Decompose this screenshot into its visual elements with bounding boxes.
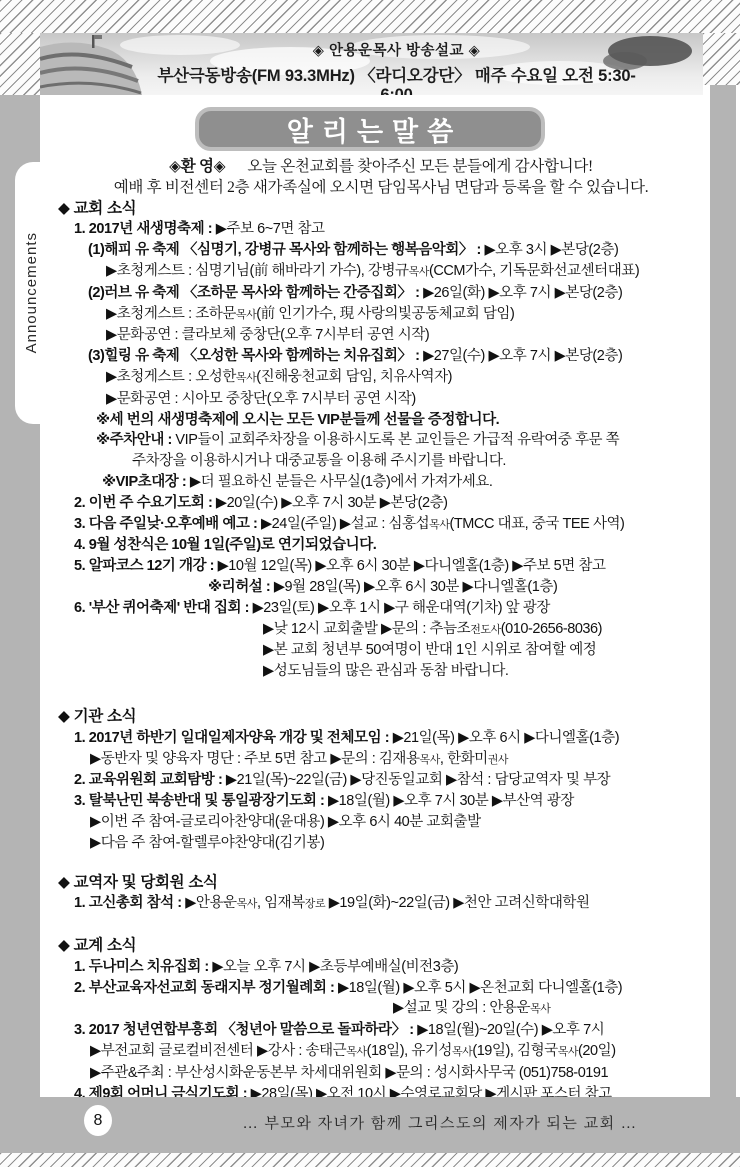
header-sky-photo: ◈ 안용운목사 방송설교 ◈ 부산극동방송(FM 93.3MHz) 〈라디오강단…	[40, 33, 703, 95]
announcement-line: 3. 2017 청년연합부흥회 〈청년아 말씀으로 돌파하라〉 : ▶18일(월…	[58, 1020, 704, 1041]
announcement-text: ▶더 필요하신 분들은 사무실(1층)에서 가져가세요.	[190, 474, 493, 490]
announcement-text: ▶21일(목) ▶오후 6시 ▶다니엘홀(1층)	[393, 730, 619, 746]
footer-band: 8 … 부모와 자녀가 함께 그리스도의 제자가 되는 교회 …	[0, 1097, 740, 1153]
section-heading: ◆ 교회 소식	[58, 199, 704, 220]
announcement-text: 목사	[237, 898, 257, 910]
announcement-text: ▶10월 12일(목) ▶오후 6시 30분 ▶다니엘홀(1층) ▶주보 5면 …	[218, 558, 606, 574]
announcement-text: 전도사	[470, 624, 501, 636]
announcement-text: ▶18일(월) ▶오후 7시 30분 ▶부산역 광장	[328, 793, 574, 809]
announcement-text: ▶문화공연 : 클라보체 중창단(오후 7시부터 공연 시작)	[106, 327, 429, 343]
announcement-line: ▶본 교회 청년부 50여명이 반대 1인 시위로 참여할 예정	[58, 640, 704, 661]
announcement-line: 1. 두나미스 치유집회 : ▶오늘 오후 7시 ▶초등부예배실(비전3층)	[58, 957, 704, 978]
announcement-text: ▶9월 28일(목) ▶오후 6시 30분 ▶다니엘홀(1층)	[274, 579, 558, 595]
announcement-text: ▶19일(화)~22일(금) ▶천안 고려신학대학원	[325, 895, 589, 911]
bulletin-page: ◈ 안용운목사 방송설교 ◈ 부산극동방송(FM 93.3MHz) 〈라디오강단…	[0, 0, 740, 1167]
announcement-text: ▶24일(주일) ▶설교 : 심홍섭	[261, 516, 429, 532]
announcement-line: (3)힐링 유 축제 〈오성한 목사와 함께하는 치유집회〉 : ▶27일(수)…	[58, 346, 704, 367]
announcement-line: (1)해피 유 축제 〈심명기, 강병규 목사와 함께하는 행복음악회〉 : ▶…	[58, 240, 704, 261]
announcement-text: ▶18일(월)~20일(수) ▶오후 7시	[417, 1022, 604, 1038]
announcement-line: 2. 교육위원회 교회탐방 : ▶21일(목)~22일(금) ▶당진동일교회 ▶…	[58, 770, 704, 791]
announcement-text: ※VIP초대장 :	[102, 474, 190, 490]
announcement-text: ▶18일(월) ▶오후 5시 ▶온천교회 다니엘홀(1층)	[338, 980, 622, 996]
announcement-text: ▶주관&주최 : 부산성시화운동본부 차세대위원회 ▶문의 : 성시화사무국 (…	[90, 1065, 608, 1081]
announcement-text: 목사	[236, 309, 256, 321]
announcement-text: 목사	[346, 1046, 366, 1058]
left-hatch-corner	[0, 33, 40, 95]
right-hatch-corner	[703, 33, 740, 85]
announcement-text: 1. 2017년 하반기 일대일제자양육 개강 및 전체모임 :	[74, 730, 393, 746]
announcement-line: ▶설교 및 강의 : 안용운목사	[58, 998, 704, 1020]
announcement-text: 3. 탈북난민 북송반대 및 통일광장기도회 :	[74, 793, 328, 809]
announcement-text: , 한화미	[440, 751, 488, 767]
announcement-text: (진해웅천교회 담임, 치유사역자)	[256, 369, 452, 385]
announcement-text: (TMCC 대표, 중국 TEE 사역)	[450, 516, 625, 532]
announcement-text: (18일), 유기성	[367, 1043, 452, 1059]
announcement-text: ▶23일(토) ▶오후 1시 ▶구 해운대역(기차) 앞 광장	[253, 600, 550, 616]
announcement-text: ▶설교 및 강의 : 안용운	[393, 1000, 530, 1016]
announcement-line: 3. 탈북난민 북송반대 및 통일광장기도회 : ▶18일(월) ▶오후 7시 …	[58, 791, 704, 812]
side-tab-label: Announcements	[23, 232, 40, 353]
announcement-line: ▶초청게스트 : 오성한목사(진해웅천교회 담임, 치유사역자)	[58, 367, 704, 389]
announcement-line: ※리허설 : ▶9월 28일(목) ▶오후 6시 30분 ▶다니엘홀(1층)	[58, 577, 704, 598]
section: ◆ 기관 소식1. 2017년 하반기 일대일제자양육 개강 및 전체모임 : …	[58, 707, 704, 854]
announcement-line: ▶주관&주최 : 부산성시화운동본부 차세대위원회 ▶문의 : 성시화사무국 (…	[58, 1063, 704, 1084]
announcement-text: ▶동반자 및 양육자 명단 : 주보 5면 참고 ▶문의 : 김재용	[90, 751, 420, 767]
announcement-text: ※세 번의 새생명축제에 오시는 모든 VIP분들께 선물을 증정합니다.	[96, 412, 499, 428]
announcement-text: ▶26일(화) ▶오후 7시 ▶본당(2층)	[423, 285, 622, 301]
announcement-text: ▶문화공연 : 시아모 중창단(오후 7시부터 공연 시작)	[106, 391, 416, 407]
announcements-side-tab: Announcements	[15, 162, 47, 424]
announcement-line: ▶다음 주 참여-할렐루야찬양대(김기봉)	[58, 833, 704, 854]
announcement-line: (2)러브 유 축제 〈조하문 목사와 함께하는 간증집회〉 : ▶26일(화)…	[58, 283, 704, 304]
announcement-text: , 임재복	[257, 895, 305, 911]
announcement-text: ▶20일(수) ▶오후 7시 30분 ▶본당(2층)	[216, 495, 448, 511]
announcement-line: 1. 고신총회 참석 : ▶안용운목사, 임재복장로 ▶19일(화)~22일(금…	[58, 893, 704, 915]
announcements-content: ◈환 영◈오늘 온천교회를 찾아주신 모든 분들에게 감사합니다! 예배 후 비…	[40, 95, 710, 1104]
announcement-text: 2. 교육위원회 교회탐방 :	[74, 772, 226, 788]
announcement-text: ▶오후 3시 ▶본당(2층)	[484, 242, 618, 258]
announcement-text: (3)힐링 유 축제 〈오성한 목사와 함께하는 치유집회〉 :	[88, 348, 423, 364]
announcement-text: 3. 다음 주일낮·오후예배 예고 :	[74, 516, 261, 532]
announcement-line: ▶성도님들의 많은 관심과 동참 바랍니다.	[58, 661, 704, 682]
announcement-line: 2. 부산교육자선교회 동래지부 정기월례회 : ▶18일(월) ▶오후 5시 …	[58, 978, 704, 999]
top-hatch-border	[0, 0, 740, 33]
announcement-line: 2. 이번 주 수요기도회 : ▶20일(수) ▶오후 7시 30분 ▶본당(2…	[58, 493, 704, 514]
announcement-text: 1. 고신총회 참석 :	[74, 895, 185, 911]
announcement-line: 1. 2017년 하반기 일대일제자양육 개강 및 전체모임 : ▶21일(목)…	[58, 728, 704, 749]
announcement-text: ▶초청게스트 : 심명기님(前 해바라기 가수), 강병규	[106, 263, 409, 279]
announcement-text: 4. 9월 성찬식은 10월 1일(주일)로 연기되었습니다.	[74, 537, 376, 553]
right-gray-rail	[710, 85, 736, 1097]
announcement-line: 6. '부산 퀴어축제' 반대 집회 : ▶23일(토) ▶오후 1시 ▶구 해…	[58, 598, 704, 619]
announcement-text: (010-2656-8036)	[501, 621, 602, 637]
announcement-text: 권사	[488, 754, 508, 766]
announcement-text: (前 인기가수, 現 사랑의빛공동체교회 담임)	[256, 306, 514, 322]
announcement-line: 1. 2017년 새생명축제 : ▶주보 6~7면 참고	[58, 219, 704, 240]
announcement-text: (19일), 김형국	[472, 1043, 557, 1059]
announcement-line: ▶낮 12시 교회출발 ▶문의 : 추늠조전도사(010-2656-8036)	[58, 619, 704, 641]
announcement-text: ▶오늘 오후 7시 ▶초등부예배실(비전3층)	[212, 959, 458, 975]
announcement-text: ▶초청게스트 : 오성한	[106, 369, 236, 385]
church-slogan: … 부모와 자녀가 함께 그리스도의 제자가 되는 교회 …	[170, 1112, 710, 1133]
broadcast-sermon-title: ◈ 안용운목사 방송설교 ◈	[150, 39, 643, 60]
welcome-line-1: ◈환 영◈오늘 온천교회를 찾아주신 모든 분들에게 감사합니다!	[58, 157, 704, 178]
announcement-text: 1. 2017년 새생명축제 :	[74, 221, 216, 237]
announcement-line: 4. 9월 성찬식은 10월 1일(주일)로 연기되었습니다.	[58, 535, 704, 556]
announcement-line: ※주차안내 : VIP들이 교회주차장을 이용하시도록 본 교인들은 가급적 유…	[58, 430, 704, 451]
welcome-badge: ◈환 영◈	[169, 158, 225, 175]
announcement-line: ▶동반자 및 양육자 명단 : 주보 5면 참고 ▶문의 : 김재용목사, 한화…	[58, 749, 704, 771]
welcome-message: ◈환 영◈오늘 온천교회를 찾아주신 모든 분들에게 감사합니다! 예배 후 비…	[58, 157, 704, 199]
announcement-line: 주차장을 이용하시거나 대중교통을 이용해 주시기를 바랍니다.	[58, 451, 704, 472]
announcement-text: ※주차안내 :	[96, 432, 175, 448]
welcome-line-2: 예배 후 비전센터 2층 새가족실에 오시면 담임목사님 면담과 등록을 할 수…	[58, 178, 704, 199]
announcement-text: 목사	[452, 1046, 472, 1058]
section-heading: ◆ 교역자 및 당회원 소식	[58, 873, 704, 894]
announcement-text: (2)러브 유 축제 〈조하문 목사와 함께하는 간증집회〉 :	[88, 285, 423, 301]
section: ◆ 교역자 및 당회원 소식1. 고신총회 참석 : ▶안용운목사, 임재복장로…	[58, 873, 704, 916]
announcement-sections: ◆ 교회 소식1. 2017년 새생명축제 : ▶주보 6~7면 참고(1)해피…	[58, 199, 704, 1105]
announcement-text: ▶주보 6~7면 참고	[216, 221, 325, 237]
announcement-text: 목사	[558, 1046, 578, 1058]
section-heading: ◆ 교계 소식	[58, 936, 704, 957]
announcement-line: 3. 다음 주일낮·오후예배 예고 : ▶24일(주일) ▶설교 : 심홍섭목사…	[58, 514, 704, 536]
announcement-line: ※VIP초대장 : ▶더 필요하신 분들은 사무실(1층)에서 가져가세요.	[58, 472, 704, 493]
announcement-text: ▶21일(목)~22일(금) ▶당진동일교회 ▶참석 : 담당교역자 및 부장	[226, 772, 610, 788]
announcement-text: ▶안용운	[185, 895, 236, 911]
announcement-line: ▶부전교회 글로컬비전센터 ▶강사 : 송태근목사(18일), 유기성목사(19…	[58, 1041, 704, 1063]
announcement-text: ▶초청게스트 : 조하문	[106, 306, 236, 322]
announcement-text: 2. 이번 주 수요기도회 :	[74, 495, 216, 511]
announcement-text: ▶27일(수) ▶오후 7시 ▶본당(2층)	[423, 348, 622, 364]
announcement-text: 주차장을 이용하시거나 대중교통을 이용해 주시기를 바랍니다.	[132, 453, 506, 469]
page-title: 알리는말씀	[278, 110, 462, 149]
announcement-text: 6. '부산 퀴어축제' 반대 집회 :	[74, 600, 253, 616]
announcement-text: 2. 부산교육자선교회 동래지부 정기월례회 :	[74, 980, 338, 996]
announcement-text: ▶성도님들의 많은 관심과 동참 바랍니다.	[263, 663, 509, 679]
announcement-line: ▶초청게스트 : 조하문목사(前 인기가수, 現 사랑의빛공동체교회 담임)	[58, 304, 704, 326]
section-heading: ◆ 기관 소식	[58, 707, 704, 728]
announcement-text: (1)해피 유 축제 〈심명기, 강병규 목사와 함께하는 행복음악회〉 :	[88, 242, 484, 258]
section: ◆ 교회 소식1. 2017년 새생명축제 : ▶주보 6~7면 참고(1)해피…	[58, 199, 704, 682]
announcement-text: 3. 2017 청년연합부흥회 〈청년아 말씀으로 돌파하라〉 :	[74, 1022, 417, 1038]
announcement-text: 5. 알파코스 12기 개강 :	[74, 558, 218, 574]
announcement-line: ▶초청게스트 : 심명기님(前 해바라기 가수), 강병규목사(CCM가수, 기…	[58, 261, 704, 283]
announcement-text: 목사	[420, 754, 440, 766]
announcement-text: ▶부전교회 글로컬비전센터 ▶강사 : 송태근	[90, 1043, 346, 1059]
bottom-hatch-border	[0, 1153, 740, 1167]
broadcast-schedule: 부산극동방송(FM 93.3MHz) 〈라디오강단〉 매주 수요일 오전 5:3…	[150, 62, 643, 95]
page-number-badge: 8	[84, 1105, 112, 1136]
announcement-text: (CCM가수, 기독문화선교센터대표)	[429, 263, 639, 279]
announcement-line: ▶이번 주 참여-글로리아찬양대(윤대용) ▶오후 6시 40분 교회출발	[58, 812, 704, 833]
announcement-text: 목사	[409, 266, 429, 278]
announcement-line: ▶문화공연 : 클라보체 중창단(오후 7시부터 공연 시작)	[58, 325, 704, 346]
announcement-line: ※세 번의 새생명축제에 오시는 모든 VIP분들께 선물을 증정합니다.	[58, 410, 704, 431]
announcement-text: ▶이번 주 참여-글로리아찬양대(윤대용) ▶오후 6시 40분 교회출발	[90, 814, 481, 830]
announcement-line: ▶문화공연 : 시아모 중창단(오후 7시부터 공연 시작)	[58, 389, 704, 410]
announcement-text: 목사	[429, 519, 449, 531]
announcement-text: 장로	[305, 898, 325, 910]
announcement-text: VIP들이 교회주차장을 이용하시도록 본 교인들은 가급적 유락여중 후문 쪽	[175, 432, 619, 448]
page-title-bar: 알리는말씀	[195, 107, 545, 151]
announcement-text: ▶본 교회 청년부 50여명이 반대 1인 시위로 참여할 예정	[263, 642, 596, 658]
announcement-text: 목사	[236, 372, 256, 384]
announcement-text: 목사	[530, 1003, 550, 1015]
announcement-line: 5. 알파코스 12기 개강 : ▶10월 12일(목) ▶오후 6시 30분 …	[58, 556, 704, 577]
announcement-text: (20일)	[578, 1043, 616, 1059]
announcement-text: ▶낮 12시 교회출발 ▶문의 : 추늠조	[263, 621, 470, 637]
announcement-text: 1. 두나미스 치유집회 :	[74, 959, 212, 975]
announcement-text: ※리허설 :	[208, 579, 274, 595]
section: ◆ 교계 소식1. 두나미스 치유집회 : ▶오늘 오후 7시 ▶초등부예배실(…	[58, 936, 704, 1104]
announcement-text: ▶다음 주 참여-할렐루야찬양대(김기봉)	[90, 835, 324, 851]
